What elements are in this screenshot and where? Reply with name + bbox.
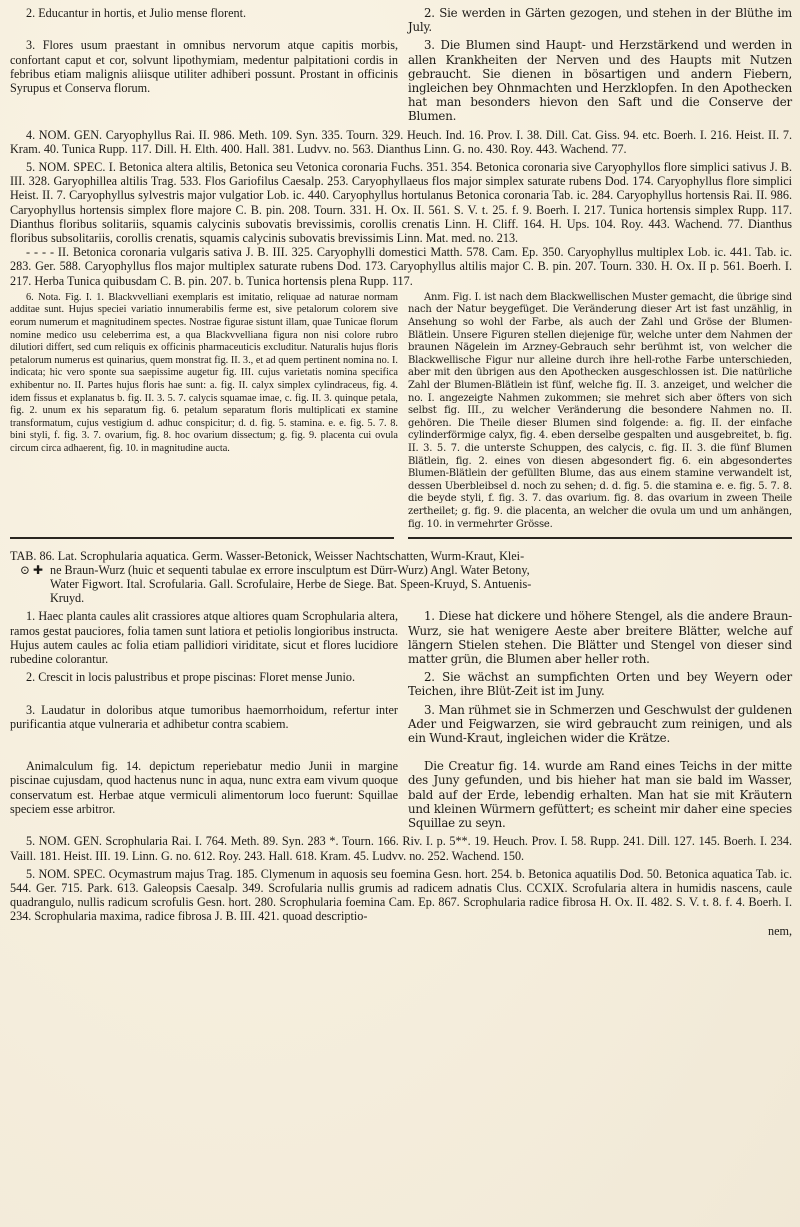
tab-86-para-3: 3. Laudatur in doloribus atque tumoribus… bbox=[10, 703, 792, 746]
latin-animalculum: Animalculum fig. 14. depictum reperiebat… bbox=[10, 759, 398, 830]
section-para-2: 2. Educantur in hortis, et Julio mense f… bbox=[10, 6, 792, 34]
tab-86-header-continuation: ⊙ ✚ ne Braun-Wurz (huic et sequenti tabu… bbox=[10, 563, 792, 606]
divider-rule-right bbox=[408, 537, 792, 539]
german-para-3: 3. Die Blumen sind Haupt- und Herzstärke… bbox=[408, 38, 792, 123]
tab-86-header-line-2: ne Braun-Wurz (huic et sequenti tabulae … bbox=[50, 563, 792, 577]
latin-para-3-uses: 3. Laudatur in doloribus atque tumoribus… bbox=[10, 703, 398, 746]
latin-nota: 6. Nota. Fig. I. 1. Blackvvelliani exemp… bbox=[10, 292, 398, 531]
nom-gen-caryophyllus: 4. NOM. GEN. Caryophyllus Rai. II. 986. … bbox=[10, 128, 792, 156]
german-para-3-uses: 3. Man rühmet sie in Schmerzen und Gesch… bbox=[408, 703, 792, 746]
german-anmerkung: Anm. Fig. I. ist nach dem Blackwellische… bbox=[408, 292, 792, 531]
book-page: 2. Educantur in hortis, et Julio mense f… bbox=[10, 6, 792, 938]
nom-gen-scrophularia: 5. NOM. GEN. Scrophularia Rai. I. 764. M… bbox=[10, 834, 792, 862]
nom-spec-variety-ii: - - - - II. Betonica coronaria vulgaris … bbox=[10, 245, 792, 288]
tab-86-header-line-1: TAB. 86. Lat. Scrophularia aquatica. Ger… bbox=[10, 549, 792, 563]
latin-para-1: 1. Haec planta caules alit crassiores at… bbox=[10, 609, 398, 666]
tab-86-header-line-4: Kruyd. bbox=[50, 591, 792, 605]
section-nota: 6. Nota. Fig. I. 1. Blackvvelliani exemp… bbox=[10, 292, 792, 531]
tab-86-para-1: 1. Haec planta caules alit crassiores at… bbox=[10, 609, 792, 666]
nom-spec-scrophularia: 5. NOM. SPEC. Ocymastrum majus Trag. 185… bbox=[10, 867, 792, 924]
sun-and-cross-symbols-icon: ⊙ ✚ bbox=[20, 563, 43, 577]
tab-86-animalculum: Animalculum fig. 14. depictum reperiebat… bbox=[10, 759, 792, 830]
tab-86-header: TAB. 86. Lat. Scrophularia aquatica. Ger… bbox=[10, 549, 792, 606]
tab-86-header-line-3: Water Figwort. Ital. Scrofularia. Gall. … bbox=[50, 577, 792, 591]
divider-rule-left bbox=[10, 537, 394, 539]
section-divider bbox=[10, 537, 792, 539]
german-creatur: Die Creatur fig. 14. wurde am Rand eines… bbox=[408, 759, 792, 830]
german-para-2-habitat: 2. Sie wächst an sumpfichten Orten und b… bbox=[408, 670, 792, 698]
nom-spec-caryophyllus: 5. NOM. SPEC. I. Betonica altera altilis… bbox=[10, 160, 792, 245]
german-para-2: 2. Sie werden in Gärten gezogen, und ste… bbox=[408, 6, 792, 34]
german-para-1: 1. Diese hat dickere und höhere Stengel,… bbox=[408, 609, 792, 666]
latin-para-2-habitat: 2. Crescit in locis palustribus et prope… bbox=[10, 670, 398, 698]
latin-para-2: 2. Educantur in hortis, et Julio mense f… bbox=[10, 6, 398, 34]
section-para-3: 3. Flores usum praestant in omnibus nerv… bbox=[10, 38, 792, 123]
tab-86-para-2: 2. Crescit in locis palustribus et prope… bbox=[10, 670, 792, 698]
latin-para-3: 3. Flores usum praestant in omnibus nerv… bbox=[10, 38, 398, 123]
catchword: nem, bbox=[10, 924, 792, 938]
